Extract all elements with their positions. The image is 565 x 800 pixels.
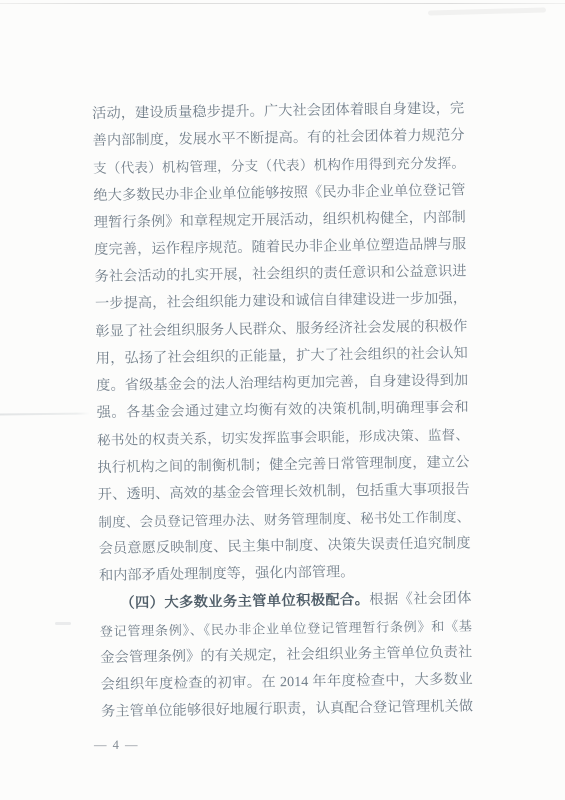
scan-edge-line [0,3,565,4]
text-line: 务主管单位能够很好地履行职责，认真配合登记管理机关做 [101,694,473,727]
scan-smudge [428,7,546,15]
page-number: — 4 — [94,738,139,753]
scan-streak [0,413,90,416]
scan-streak [55,622,71,625]
text-line: 根据《社会团体 [369,590,471,608]
section-heading-bold: （四）大多数业务主管单位积极配合。 [120,592,369,612]
scanned-document-page: 活动，建设质量稳步提升。广大社会团体着眼自身建设，完 善内部制度，发展水平不断提… [0,0,565,800]
document-body: 活动，建设质量稳步提升。广大社会团体着眼自身建设，完 善内部制度，发展水平不断提… [92,95,473,726]
